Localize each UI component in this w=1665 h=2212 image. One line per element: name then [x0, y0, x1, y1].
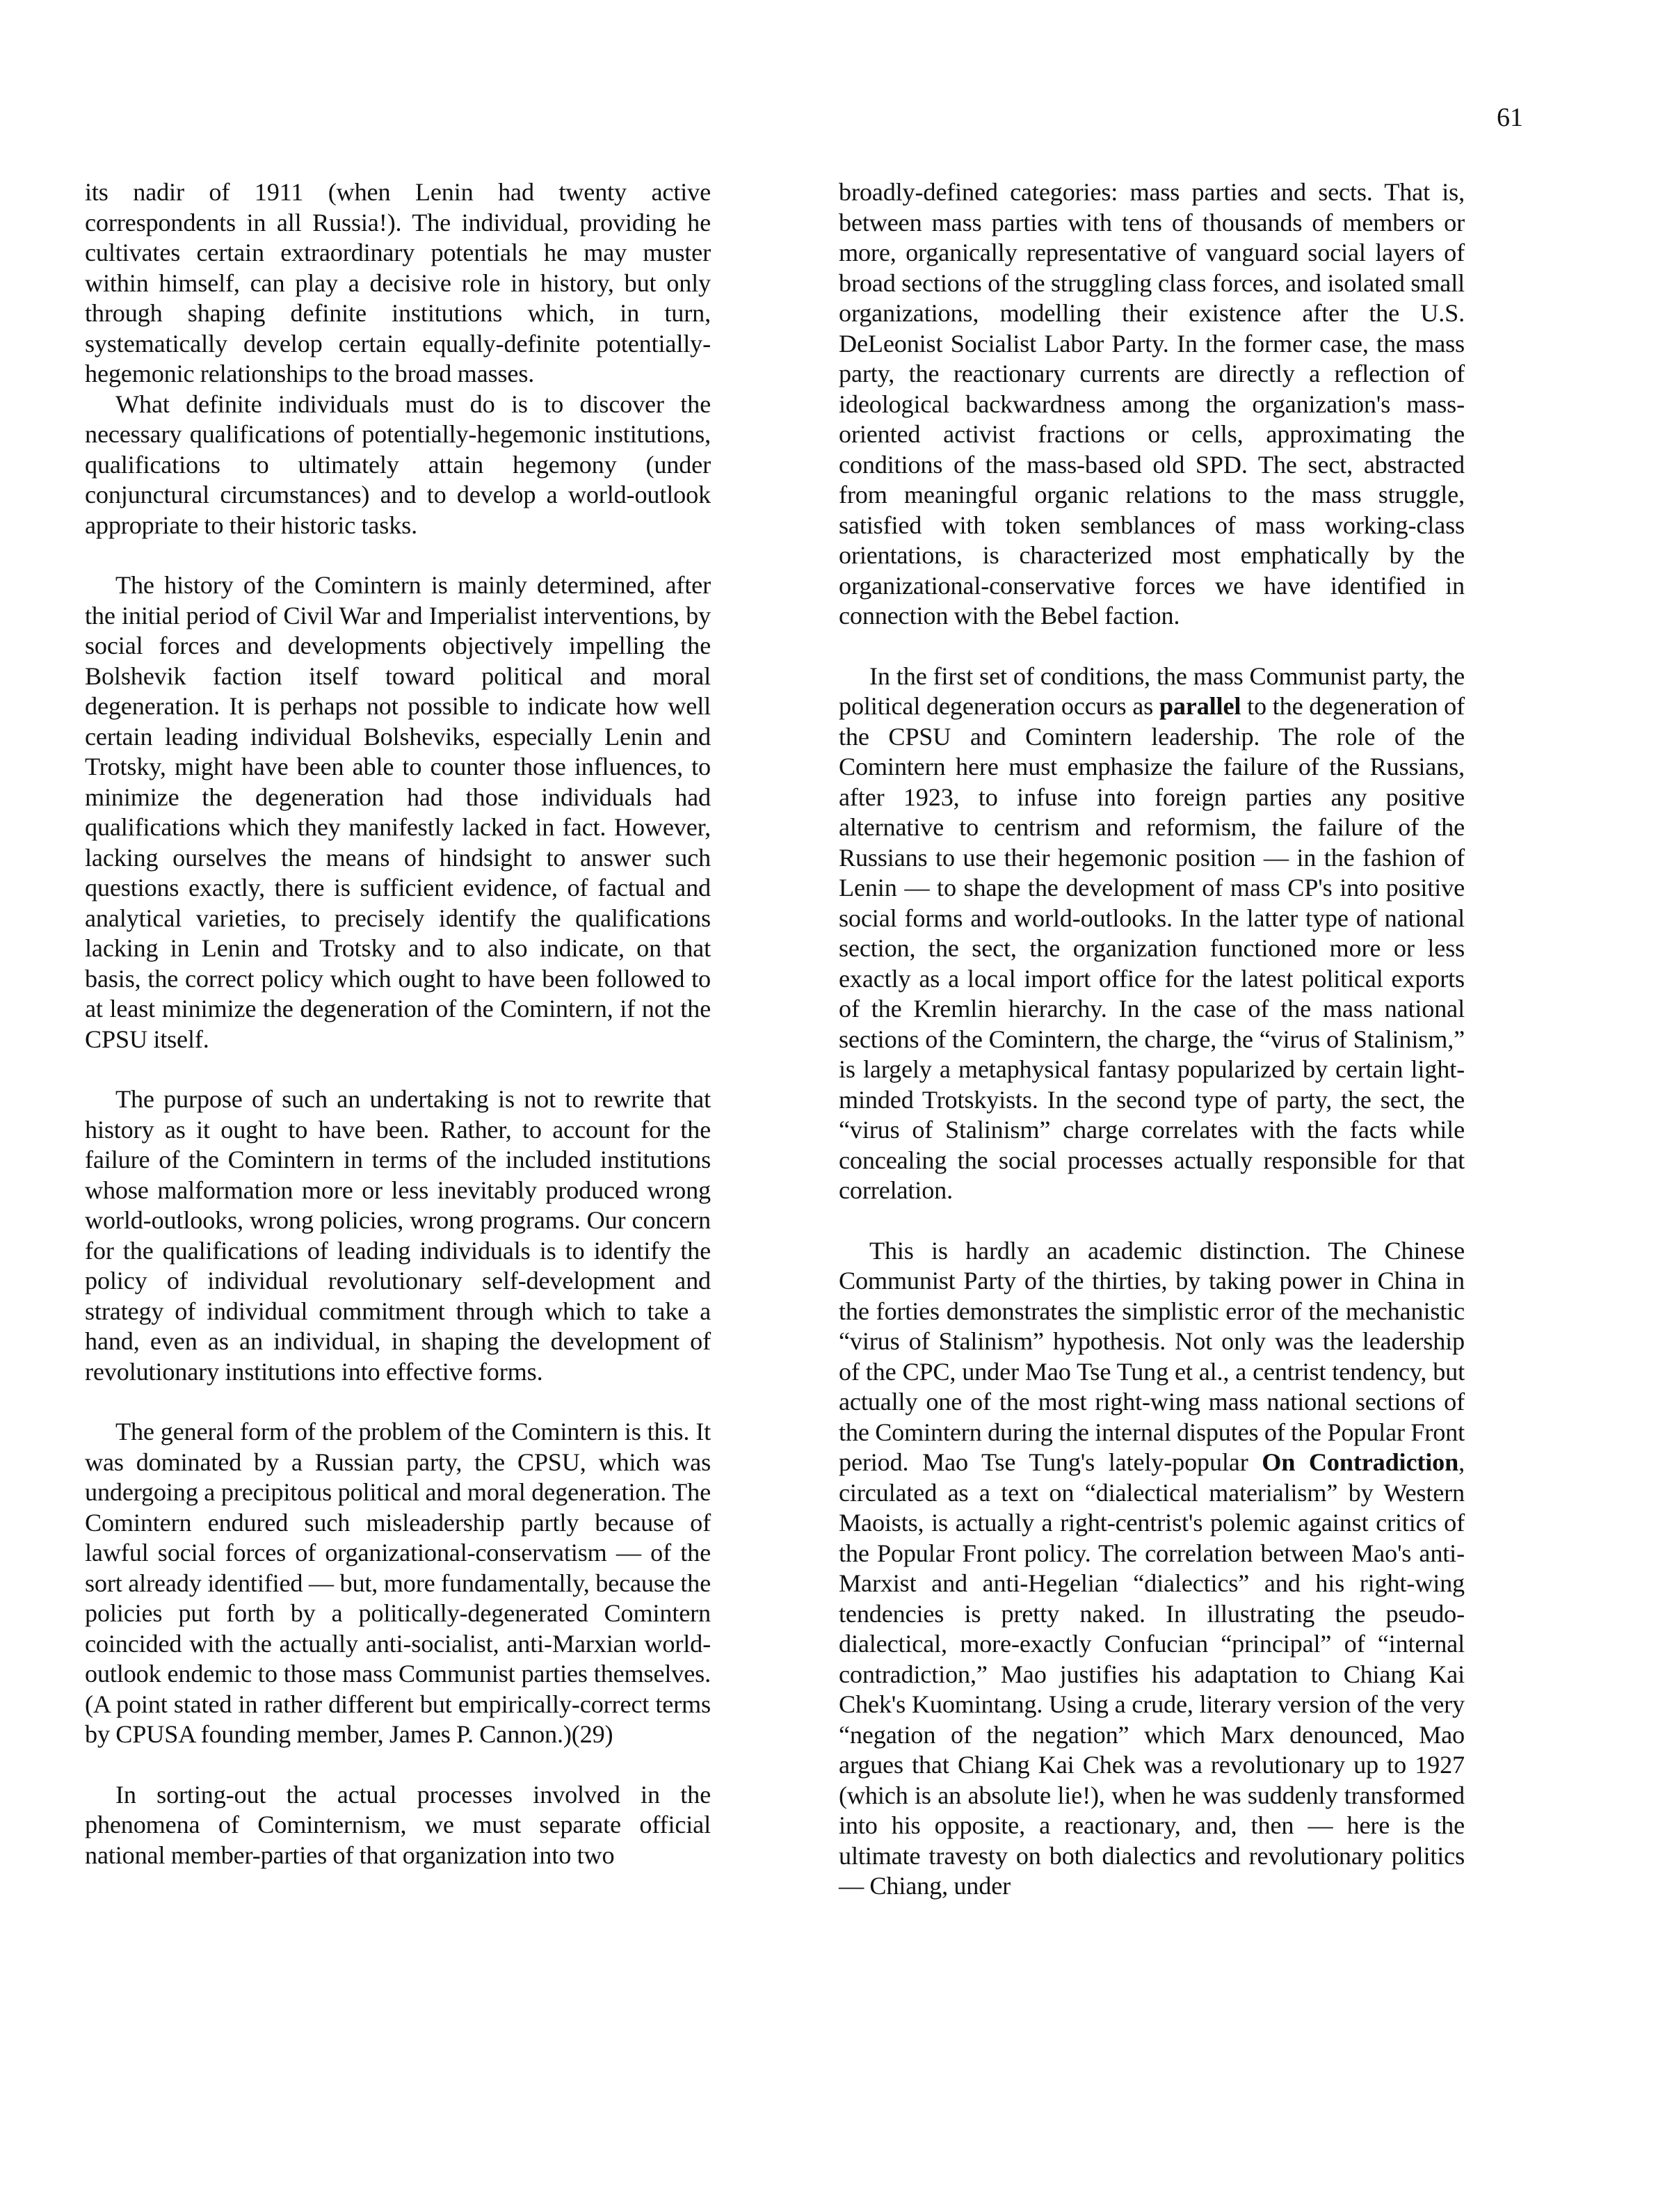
- emphasis-parallel: parallel: [1159, 692, 1241, 720]
- paragraph-text: This is hardly an academic distinction. …: [839, 1237, 1465, 1477]
- left-column: its nadir of 1911 (when Lenin had twenty…: [85, 177, 711, 1870]
- paragraph-purpose-of-undertaking: The purpose of such an undertaking is no…: [85, 1084, 711, 1387]
- paragraph-gap: [839, 1206, 1465, 1236]
- paragraph-history-of-comintern: The history of the Comintern is mainly d…: [85, 570, 711, 1055]
- paragraph-text: to the degeneration of the CPSU and Comi…: [839, 692, 1465, 1204]
- page-number: 61: [1497, 104, 1523, 131]
- paragraph-gap: [85, 1387, 711, 1417]
- paragraph-text: , circulated as a text on “dialectical m…: [839, 1448, 1465, 1900]
- paragraph-gap: [85, 1750, 711, 1780]
- book-title-on-contradiction: On Contradiction: [1262, 1448, 1458, 1476]
- paragraph-definite-individuals: What definite individuals must do is to …: [85, 390, 711, 541]
- paragraph-first-set-of-conditions: In the first set of conditions, the mass…: [839, 662, 1465, 1206]
- paragraph-general-form-of-problem: The general form of the problem of the C…: [85, 1417, 711, 1750]
- paragraph-mass-parties-and-sects: broadly-defined categories: mass parties…: [839, 177, 1465, 632]
- paragraph-nadir-of-1911: its nadir of 1911 (when Lenin had twenty…: [85, 177, 711, 390]
- right-column: broadly-defined categories: mass parties…: [839, 177, 1465, 1902]
- paragraph-sorting-out-processes: In sorting-out the actual processes invo…: [85, 1780, 711, 1871]
- paragraph-academic-distinction: This is hardly an academic distinction. …: [839, 1236, 1465, 1902]
- paragraph-gap: [839, 632, 1465, 662]
- paragraph-gap: [85, 1055, 711, 1084]
- paragraph-gap: [85, 540, 711, 570]
